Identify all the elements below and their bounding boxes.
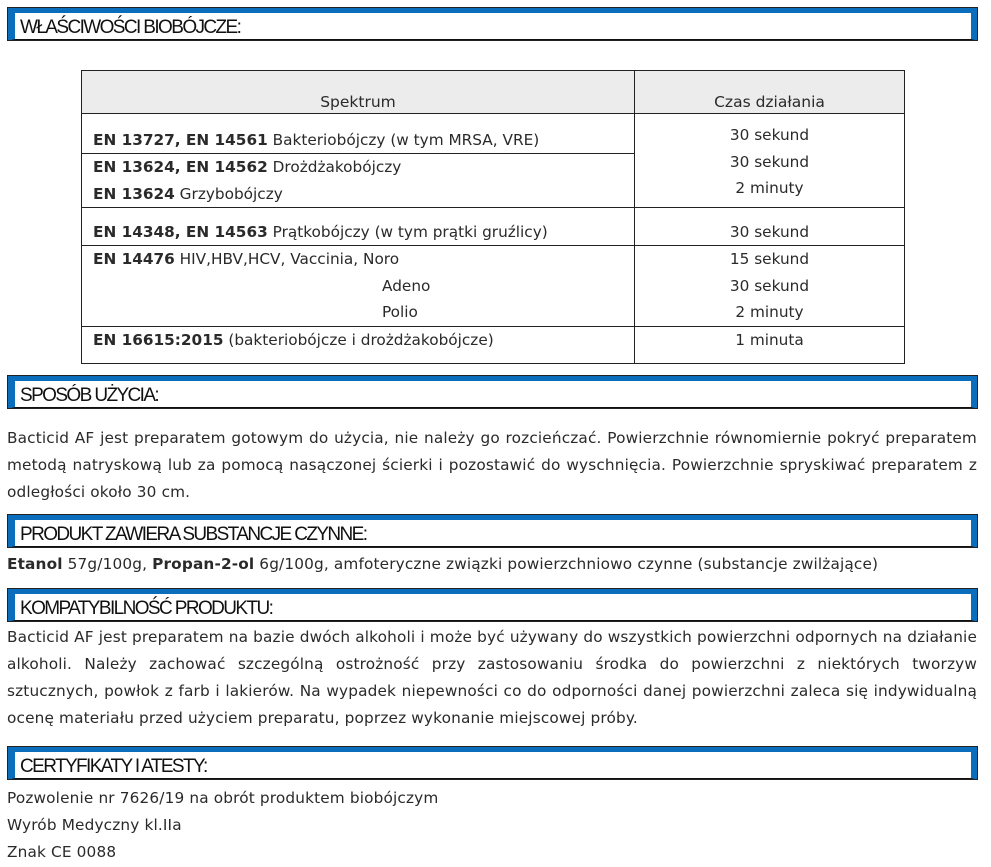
biocidal-spectrum-table: Spektrum Czas działania EN 13727, EN 145…	[81, 70, 905, 364]
spectrum-cell: EN 13727, EN 14561 Bakteriobójczy (w tym…	[82, 127, 634, 153]
time-cell: 30 sekund	[635, 122, 904, 149]
substances-paragraph: Etanol 57g/100g, Propan-2-ol 6g/100g, am…	[7, 551, 977, 578]
section-title: WŁAŚCIWOŚCI BIOBÓJCZE:	[20, 17, 240, 39]
spectrum-cell: EN 13624, EN 14562 Drożdżakobójczy	[82, 154, 634, 181]
table-row: EN 13727, EN 14561 Bakteriobójczy (w tym…	[82, 114, 905, 154]
usage-paragraph: Bacticid AF jest preparatem gotowym do u…	[7, 425, 977, 506]
certificates-list: Pozwolenie nr 7626/19 na obrót produktem…	[7, 785, 977, 866]
table-header-row: Spektrum Czas działania	[82, 71, 905, 114]
compatibility-paragraph: Bacticid AF jest preparatem na bazie dwó…	[7, 624, 977, 732]
certificate-item: Znak CE 0088	[7, 839, 977, 866]
time-cell: 30 sekund	[635, 219, 904, 246]
time-cell: 15 sekund	[635, 246, 904, 273]
time-cell: 1 minuta	[635, 327, 904, 354]
spectrum-cell: Polio	[82, 299, 634, 326]
section-title: CERTYFIKATY I ATESTY:	[20, 756, 207, 778]
column-header-time: Czas działania	[635, 71, 905, 114]
table-row: EN 14348, EN 14563 Prątkobójczy (w tym p…	[82, 208, 905, 246]
section-header-usage: SPOSÓB UŻYCIA:	[7, 375, 978, 409]
substance-name: Propan-2-ol	[152, 555, 254, 573]
spectrum-cell: EN 14348, EN 14563 Prątkobójczy (w tym p…	[82, 219, 634, 246]
certificate-item: Pozwolenie nr 7626/19 na obrót produktem…	[7, 785, 977, 812]
column-header-spectrum: Spektrum	[82, 71, 635, 114]
time-cell: 2 minuty	[635, 175, 904, 202]
section-header-biocidal: WŁAŚCIWOŚCI BIOBÓJCZE:	[7, 7, 978, 41]
section-title: SPOSÓB UŻYCIA:	[20, 385, 158, 407]
time-cell: 2 minuty	[635, 299, 904, 326]
spectrum-cell: EN 13624 Grzybobójczy	[82, 181, 634, 208]
table-row: EN 14476 HIV,HBV,HCV, Vaccinia, Noro Ade…	[82, 246, 905, 327]
spectrum-cell: EN 16615:2015 (bakteriobójcze i drożdżak…	[82, 327, 634, 354]
time-cell: 30 sekund	[635, 273, 904, 300]
section-header-compatibility: KOMPATYBILNOŚĆ PRODUKTU:	[7, 588, 978, 622]
substance-name: Etanol	[7, 555, 63, 573]
time-cell: 30 sekund	[635, 149, 904, 176]
section-title: PRODUKT ZAWIERA SUBSTANCJE CZYNNE:	[20, 524, 366, 546]
table-row: EN 16615:2015 (bakteriobójcze i drożdżak…	[82, 326, 905, 363]
spectrum-cell: EN 14476 HIV,HBV,HCV, Vaccinia, Noro	[82, 246, 634, 273]
spectrum-cell: Adeno	[82, 273, 634, 300]
section-header-certificates: CERTYFIKATY I ATESTY:	[7, 746, 978, 780]
section-title: KOMPATYBILNOŚĆ PRODUKTU:	[20, 598, 272, 620]
section-header-substances: PRODUKT ZAWIERA SUBSTANCJE CZYNNE:	[7, 514, 978, 548]
certificate-item: Wyrób Medyczny kl.IIa	[7, 812, 977, 839]
